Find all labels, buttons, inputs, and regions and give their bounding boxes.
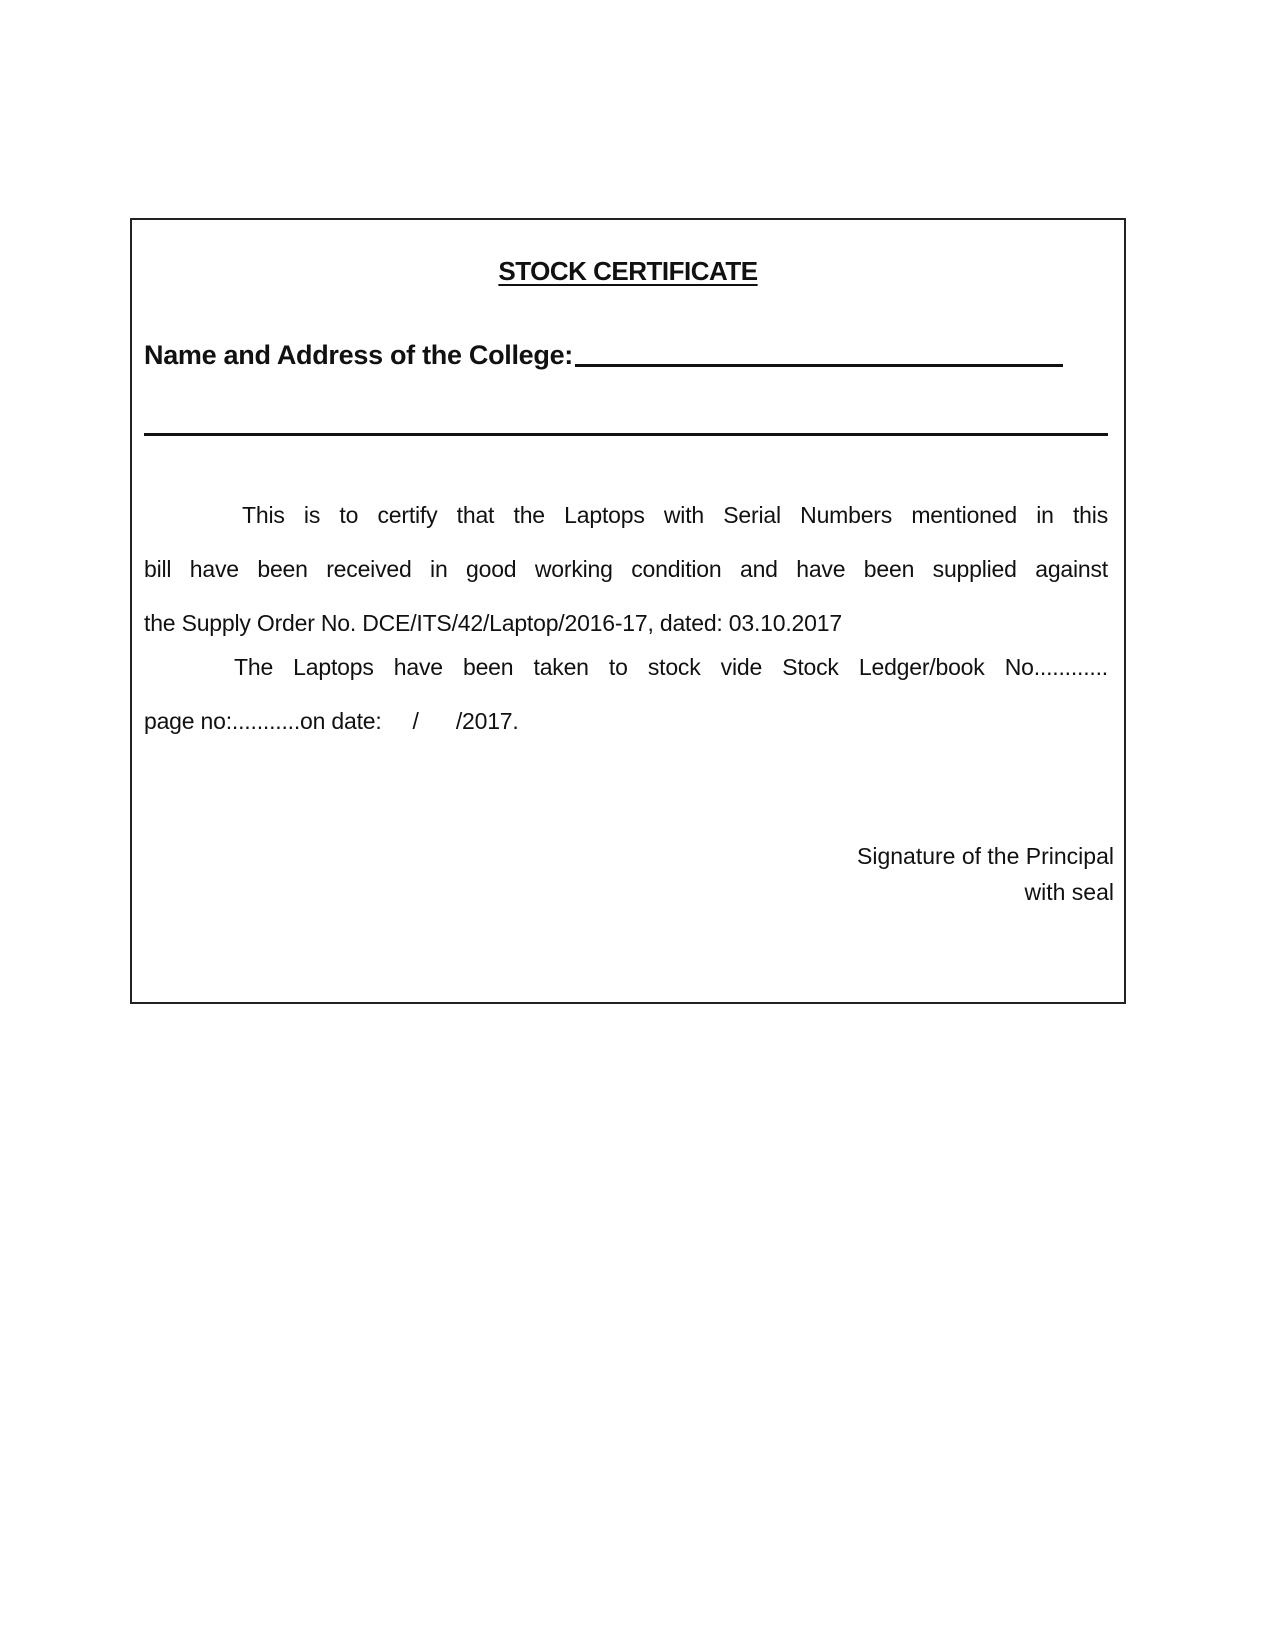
- certification-paragraph: This is to certify that the Laptops with…: [144, 488, 1108, 650]
- stock-ledger-paragraph: The Laptops have been taken to stock vid…: [144, 640, 1108, 748]
- paragraph2-line1: The Laptops have been taken to stock vid…: [234, 654, 1108, 680]
- stock-certificate-box: STOCK CERTIFICATE Name and Address of th…: [130, 218, 1126, 1004]
- signature-line2: with seal: [857, 874, 1114, 910]
- signature-line1: Signature of the Principal: [857, 838, 1114, 874]
- paragraph1-line2: bill have been received in good working …: [144, 542, 1108, 596]
- college-label: Name and Address of the College:: [144, 340, 573, 371]
- college-name-row: Name and Address of the College:: [144, 340, 1063, 371]
- paragraph1-line1: This is to certify that the Laptops with…: [242, 502, 1108, 528]
- paragraph2-line2: page no:...........on date: / /2017.: [144, 694, 1108, 748]
- college-fill-line: [575, 364, 1063, 367]
- signature-block: Signature of the Principal with seal: [857, 838, 1114, 910]
- college-address-fill-line: [144, 433, 1108, 436]
- certificate-title: STOCK CERTIFICATE: [132, 256, 1124, 287]
